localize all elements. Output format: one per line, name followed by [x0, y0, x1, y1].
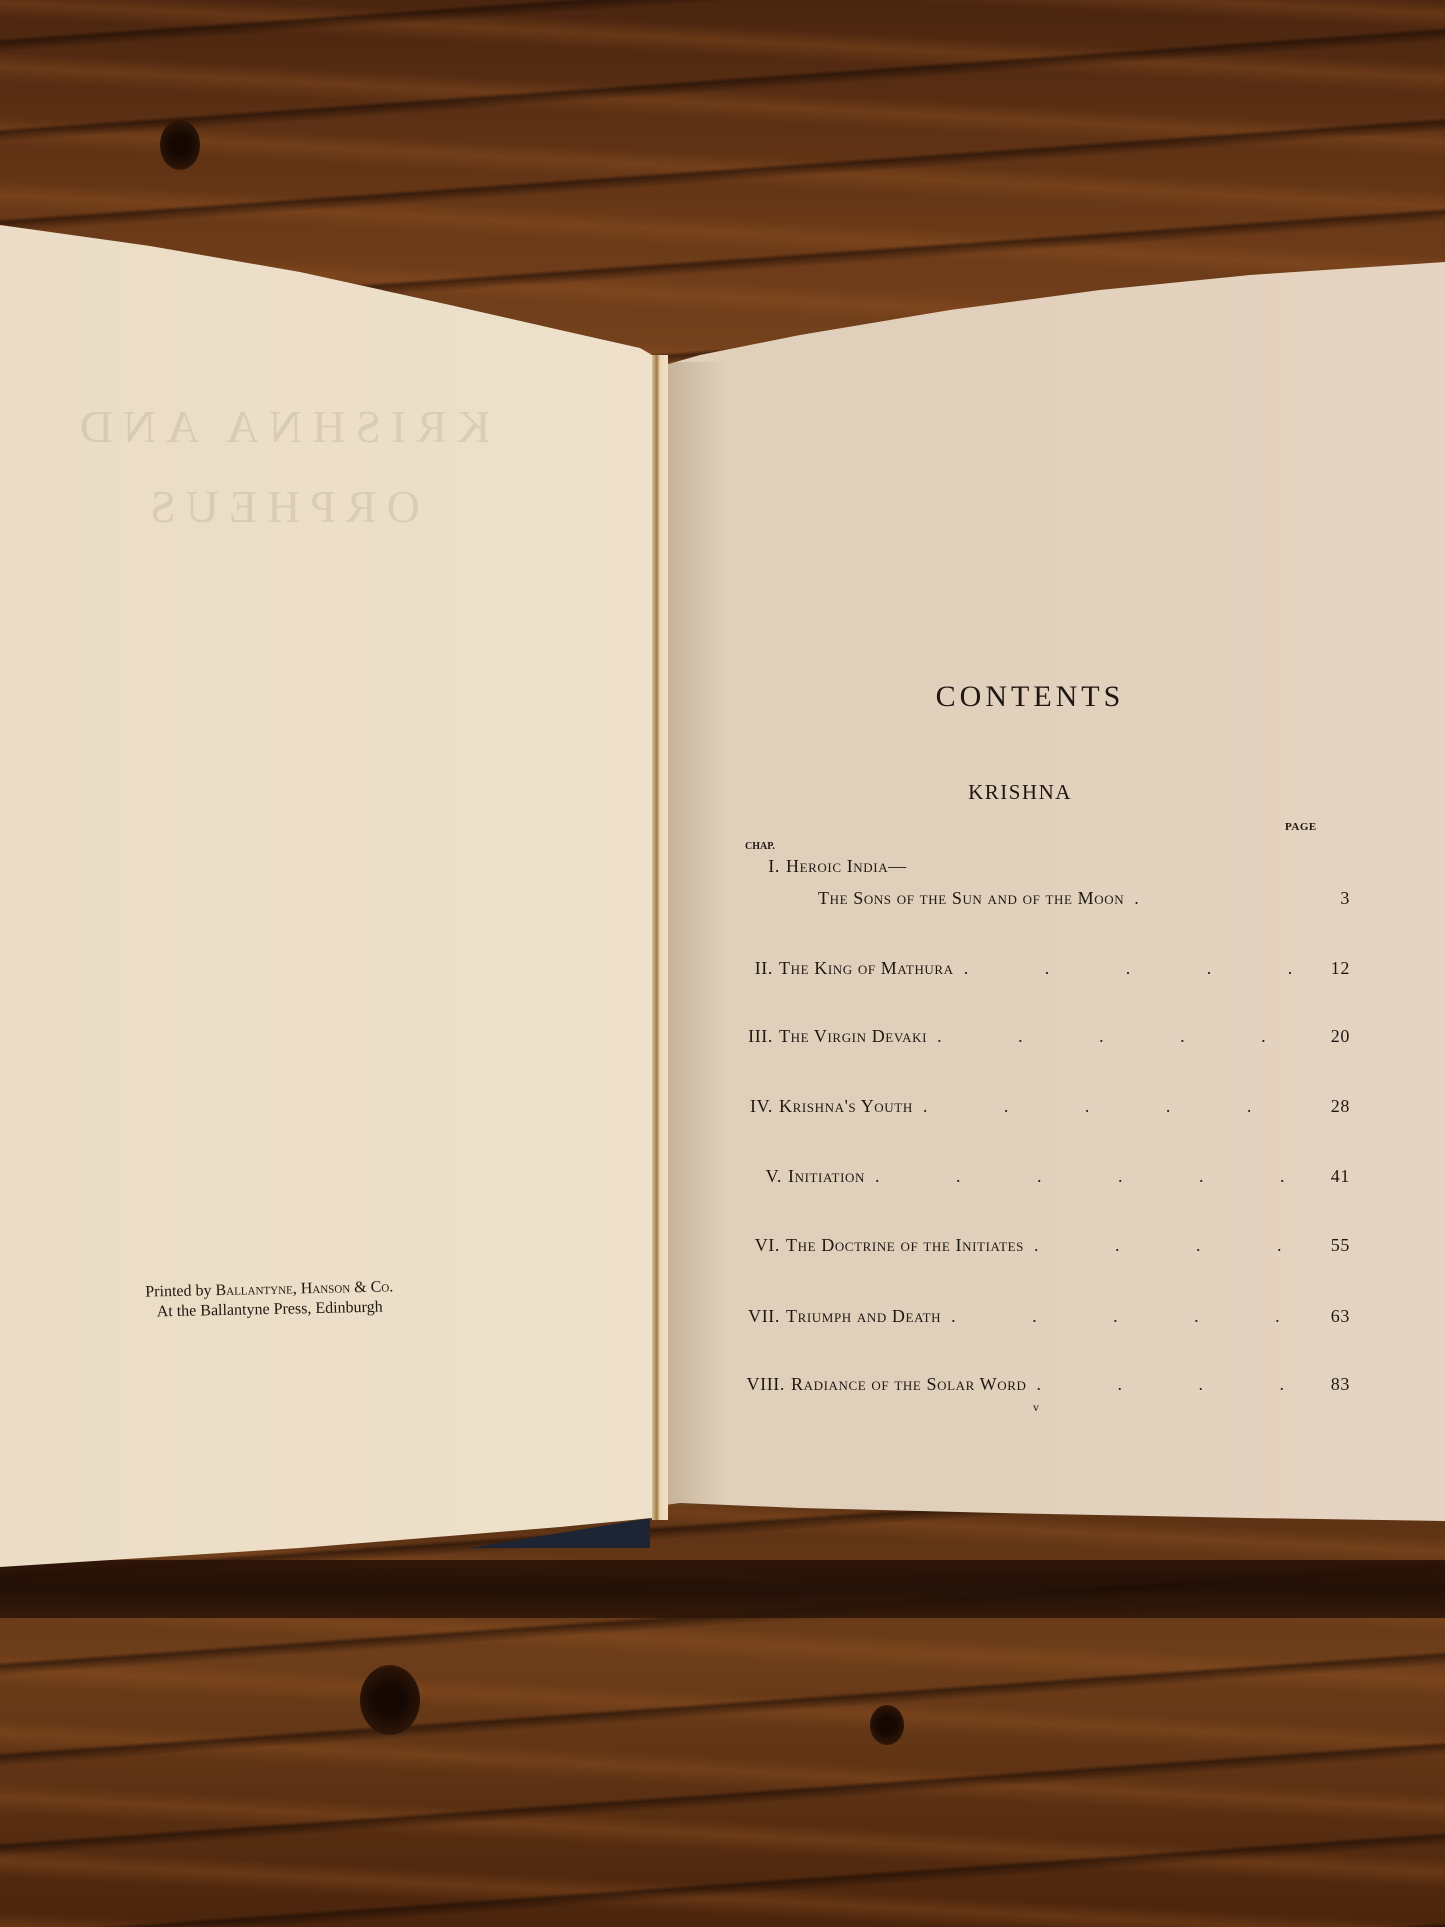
page-folio: v	[1033, 1400, 1039, 1415]
toc-entry: III. The Virgin Devaki . . . . . . . . .…	[740, 1026, 1350, 1054]
gutter-shadow	[668, 362, 728, 1507]
wood-knot	[870, 1705, 904, 1745]
chapter-title: The Virgin Devaki	[779, 1026, 927, 1047]
imprint-prefix: Printed by	[145, 1282, 216, 1300]
wood-knot	[360, 1665, 420, 1735]
chapter-number: VIII.	[740, 1374, 785, 1395]
chapter-number: II.	[740, 958, 773, 979]
toc-entry: VII. Triumph and Death . . . . . . . . .…	[740, 1306, 1350, 1334]
toc-entry: VI. The Doctrine of the Initiates . . . …	[740, 1235, 1350, 1263]
chapter-number: IV.	[740, 1096, 773, 1117]
dot-leader: . . . . . . . . . . . .	[941, 1306, 1306, 1327]
toc-entry: IV. Krishna's Youth . . . . . . . . . . …	[740, 1096, 1350, 1124]
chapter-title: Radiance of the Solar Word	[791, 1374, 1027, 1395]
wood-knot	[160, 120, 200, 170]
dot-leader: . . . . . . . . . . . .	[913, 1096, 1306, 1117]
dot-leader: . . . . . . . . . . . .	[865, 1166, 1306, 1187]
page-number: 63	[1306, 1306, 1350, 1327]
page-number: 28	[1306, 1096, 1350, 1117]
chapter-title: The Sons of the Sun and of the Moon	[818, 888, 1124, 909]
showthrough-text: ORPHEUS	[60, 480, 500, 533]
printer-imprint: Printed by Ballantyne, Hanson & Co. At t…	[92, 1276, 448, 1323]
dot-leader: . . . . . . . . . . . .	[1024, 1235, 1306, 1256]
chapter-number: VII.	[740, 1306, 780, 1327]
chapter-number: III.	[740, 1026, 773, 1047]
chapter-number: I.	[740, 856, 780, 877]
page-number: 12	[1306, 958, 1350, 979]
showthrough-text: KRISHNA AND	[20, 400, 540, 453]
chapter-title: The King of Mathura	[779, 958, 954, 979]
page-title: CONTENTS	[740, 680, 1320, 714]
dot-leader: . . . . . . . . . . . .	[954, 958, 1306, 979]
page-number: 3	[1306, 888, 1350, 909]
toc-entry: V. Initiation . . . . . . . . . . . . 41	[740, 1166, 1350, 1194]
toc-entry: I. Heroic India—	[740, 856, 1350, 884]
part-title: KRISHNA	[740, 780, 1300, 805]
chapter-number: VI.	[740, 1235, 780, 1256]
toc-entry: The Sons of the Sun and of the Moon . 3	[740, 888, 1350, 916]
toc-entry: II. The King of Mathura . . . . . . . . …	[740, 958, 1350, 986]
dot-leader: .	[1124, 888, 1306, 909]
chapter-title: The Doctrine of the Initiates	[786, 1235, 1024, 1256]
chapter-number: V.	[740, 1166, 782, 1187]
chapter-title: Heroic India—	[786, 856, 907, 877]
page-number: 41	[1306, 1166, 1350, 1187]
chapter-title: Triumph and Death	[786, 1306, 941, 1327]
page-number: 20	[1306, 1026, 1350, 1047]
page-number: 83	[1306, 1374, 1350, 1395]
page-column-label: PAGE	[1285, 821, 1317, 833]
chapter-title: Krishna's Youth	[779, 1096, 913, 1117]
imprint-printer: Ballantyne, Hanson & Co.	[215, 1278, 393, 1299]
book-gutter	[652, 355, 668, 1520]
dot-leader: . . . . . . . . . . . .	[927, 1026, 1306, 1047]
page-number: 55	[1306, 1235, 1350, 1256]
toc-entry: VIII. Radiance of the Solar Word . . . .…	[740, 1374, 1350, 1402]
chapter-column-label: CHAP.	[745, 841, 775, 852]
wood-grain-band	[0, 1560, 1445, 1618]
dot-leader: . . . . . . . . . . . .	[1027, 1374, 1307, 1395]
chapter-title: Initiation	[788, 1166, 865, 1187]
